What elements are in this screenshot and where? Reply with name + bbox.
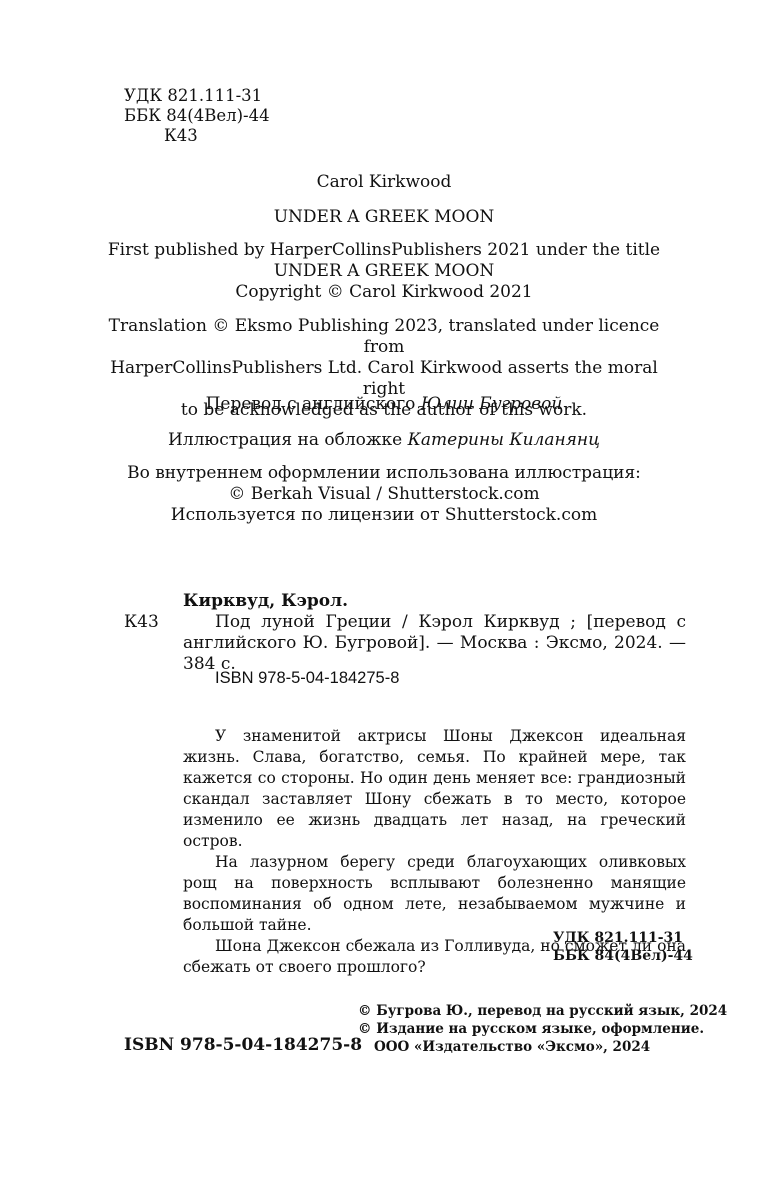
translation-copyright: © Бугрова Ю., перевод на русский язык, 2… xyxy=(358,1002,727,1020)
translator-name: Юлии Бугровой xyxy=(421,394,563,414)
annotation-paragraph: На лазурном берегу среди благоухающих ол… xyxy=(183,852,686,936)
bbk-code: ББК 84(4Вел)-44 xyxy=(553,947,693,965)
biblio-author: Кирквуд, Кэрол. xyxy=(183,591,686,612)
edition-copyright: © Издание на русском языке, оформление. xyxy=(358,1020,727,1038)
udk-code: УДК 821.111-31 xyxy=(124,86,270,106)
biblio-author-mark: К43 xyxy=(124,612,159,633)
annotation-paragraph: У знаменитой актрисы Шоны Джексон идеаль… xyxy=(183,726,686,852)
bbk-code: ББК 84(4Вел)-44 xyxy=(124,106,270,126)
original-title: UNDER A GREEK MOON xyxy=(100,207,668,228)
publisher-copyright: ООО «Издательство «Эксмо», 2024 xyxy=(358,1038,727,1056)
bibliographic-record: Кирквуд, Кэрол. Под луной Греции / Кэрол… xyxy=(183,591,686,675)
first-published-notice: First published by HarperCollinsPublishe… xyxy=(100,240,668,303)
isbn-bottom: ISBN 978-5-04-184275-8 xyxy=(124,1035,362,1055)
translator-credit: Перевод с английского Юлии Бугровой xyxy=(100,394,668,415)
original-author: Carol Kirkwood xyxy=(100,172,668,193)
copyright-notices: © Бугрова Ю., перевод на русский язык, 2… xyxy=(358,1002,727,1056)
illustrator-credit: Иллюстрация на обложке Катерины Киланянц xyxy=(100,430,668,451)
udk-code: УДК 821.111-31 xyxy=(553,929,693,947)
illustrator-name: Катерины Киланянц xyxy=(408,430,600,450)
classification-bottom: УДК 821.111-31 ББК 84(4Вел)-44 xyxy=(553,929,693,965)
classification-top: УДК 821.111-31 ББК 84(4Вел)-44 К43 xyxy=(124,86,270,146)
biblio-description: Под луной Греции / Кэрол Кирквуд ; [пере… xyxy=(183,612,686,675)
interior-illustration-credit: Во внутреннем оформлении использована ил… xyxy=(100,463,668,526)
biblio-isbn: ISBN 978-5-04-184275-8 xyxy=(215,669,399,688)
author-mark: К43 xyxy=(124,126,270,146)
